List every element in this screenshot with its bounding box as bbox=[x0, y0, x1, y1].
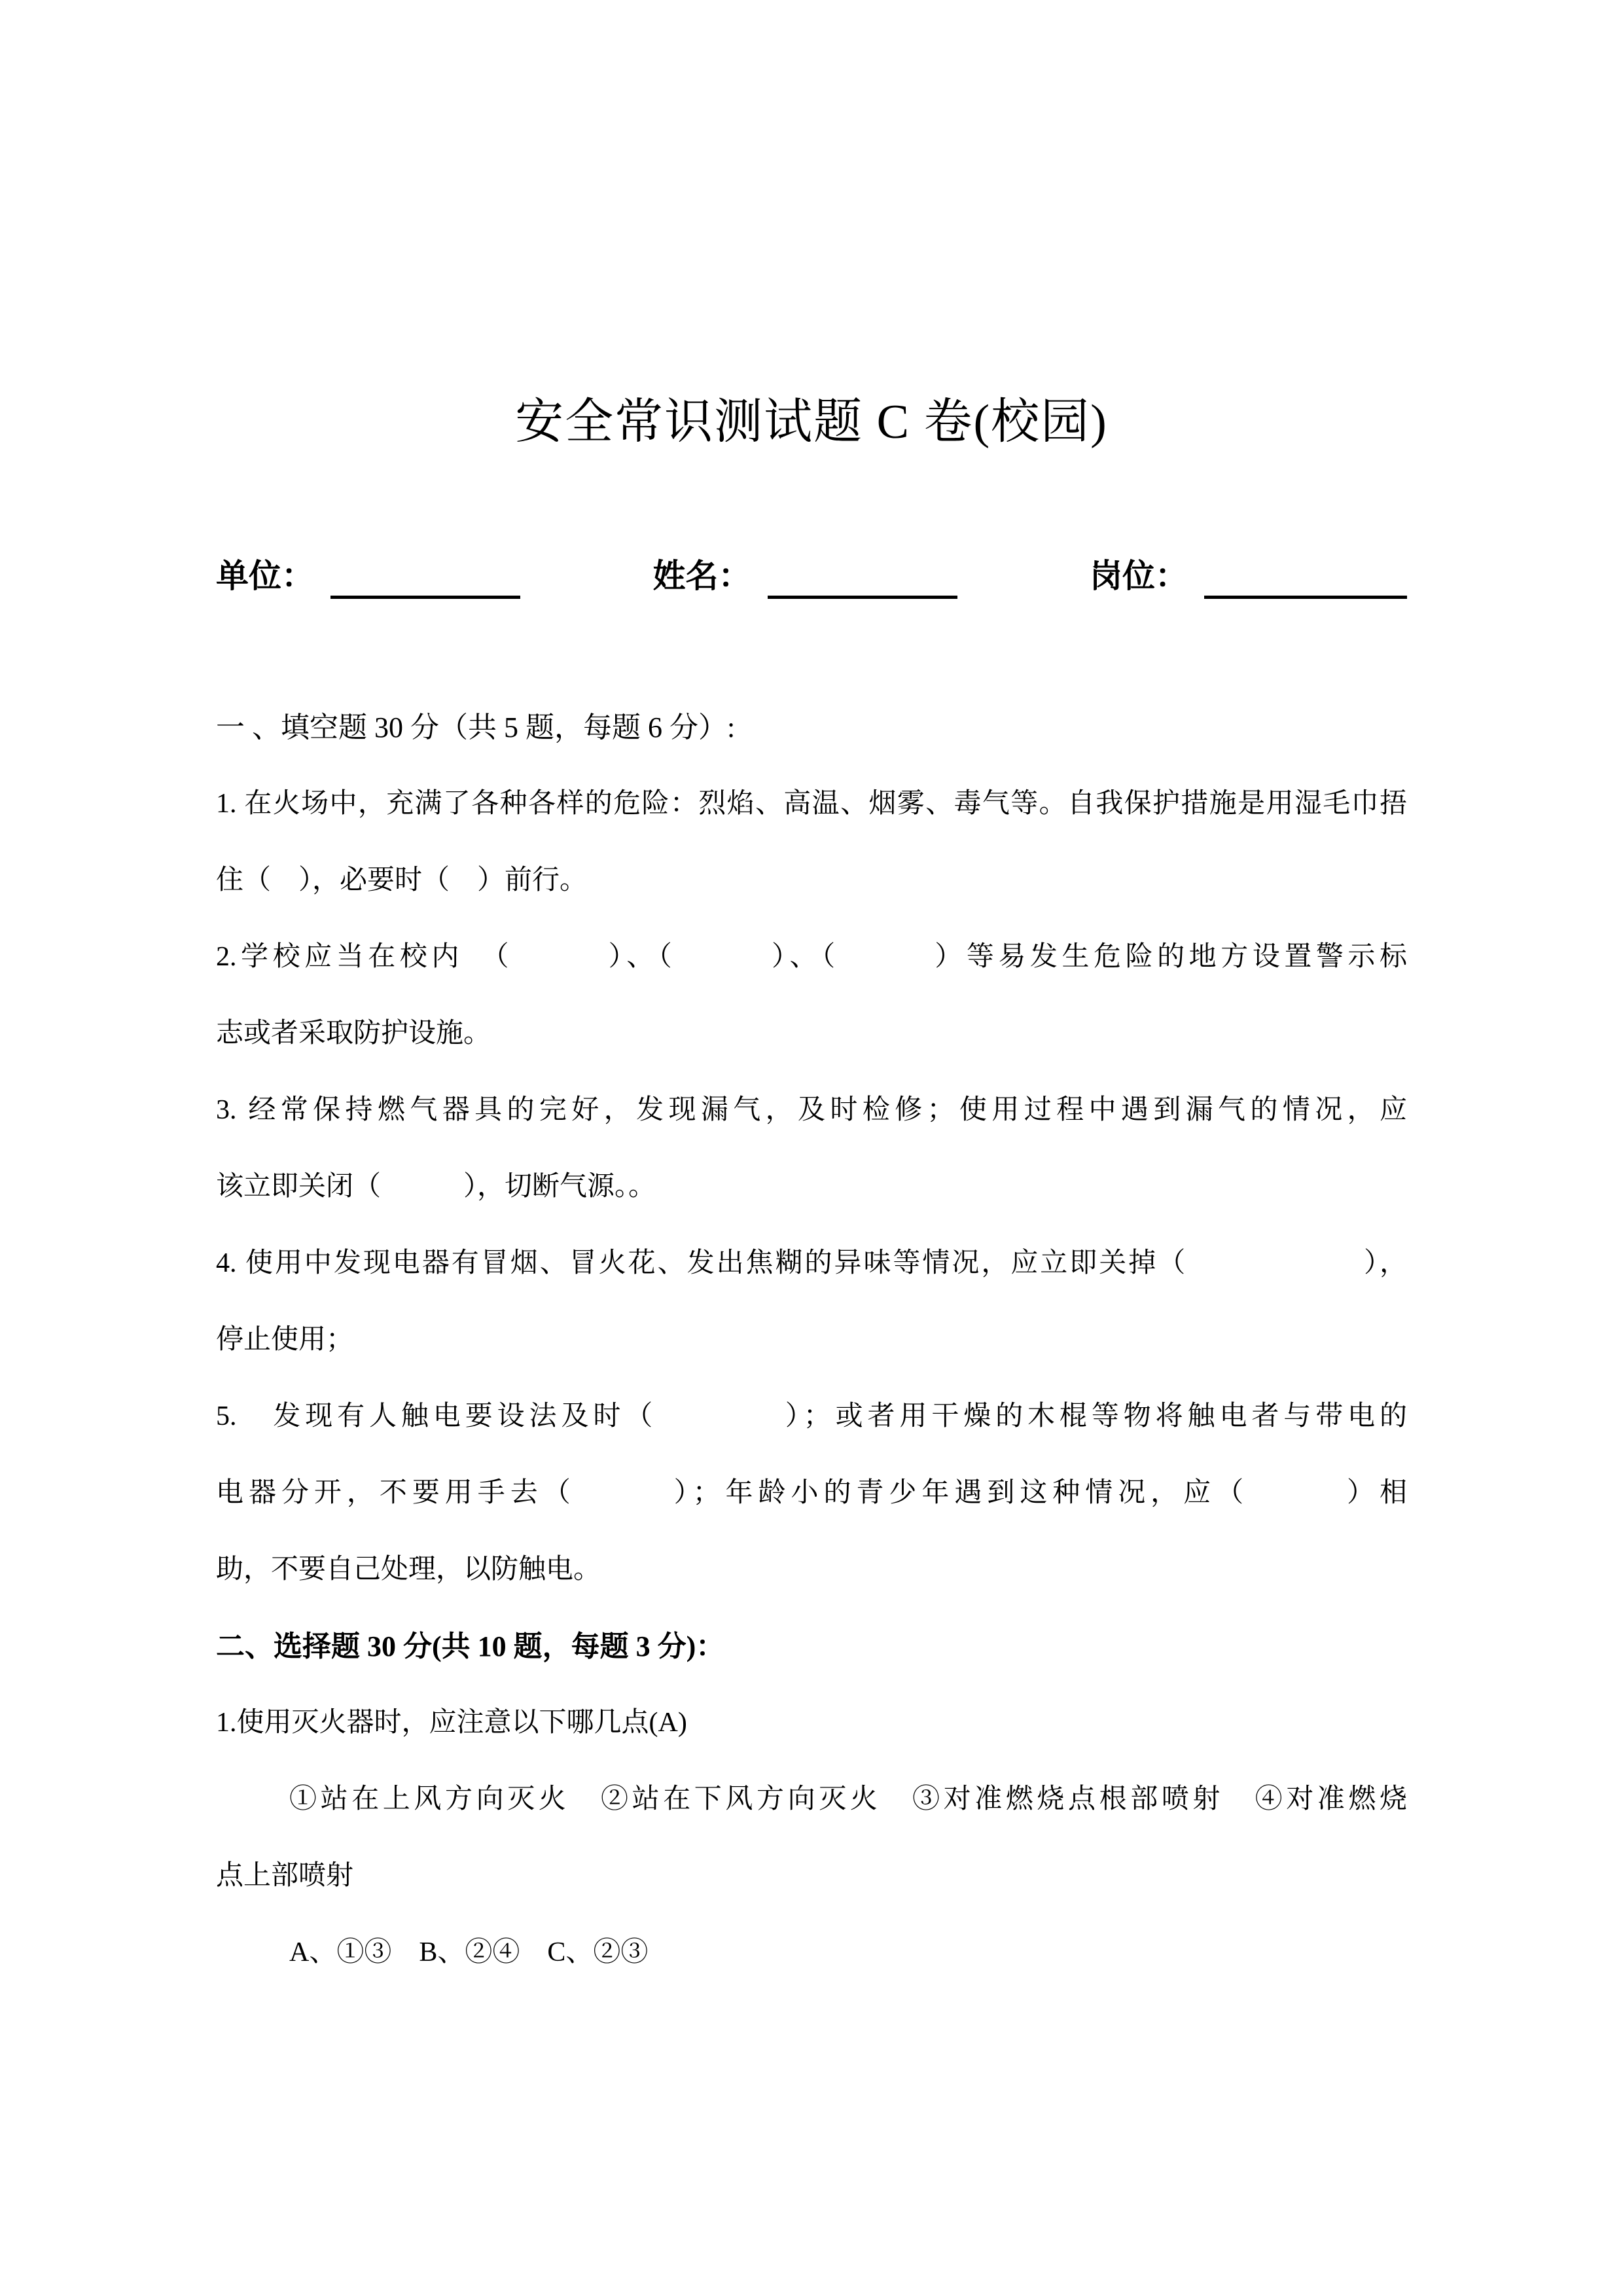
document-page: 安全常识测试题 C 卷(校园) 单位： 姓名： 岗位： 一 、填空题 30 分（… bbox=[0, 0, 1623, 2296]
name-blank-line bbox=[768, 558, 957, 599]
choice-q1-options: ①站在上风方向灭火 ②站在下风方向灭火 ③对准燃烧点根部喷射 ④对准燃烧 bbox=[216, 1761, 1407, 1838]
position-label: 岗位： bbox=[1090, 553, 1188, 599]
fill-q3-line1: 3. 经常保持燃气器具的完好，发现漏气，及时检修；使用过程中遇到漏气的情况，应 bbox=[216, 1072, 1407, 1149]
fill-q3-line2: 该立即关闭（ ），切断气源。。 bbox=[216, 1149, 1407, 1225]
position-field: 岗位： bbox=[1090, 553, 1407, 599]
name-label: 姓名： bbox=[653, 553, 751, 599]
section2-heading: 二、选择题 30 分(共 10 题，每题 3 分)： bbox=[216, 1608, 1407, 1685]
document-body: 一 、填空题 30 分（共 5 题，每题 6 分）: 1. 在火场中，充满了各种… bbox=[216, 689, 1407, 1991]
fill-q5-line1: 5. 发现有人触电要设法及时（ ）；或者用干燥的木棍等物将触电者与带电的 bbox=[216, 1378, 1407, 1455]
fill-q2-line1: 2.学校应当在校内 （ ）、（ ）、（ ）等易发生危险的地方设置警示标 bbox=[216, 919, 1407, 996]
header-fields-row: 单位： 姓名： 岗位： bbox=[216, 553, 1407, 599]
fill-q4-line2: 停止使用； bbox=[216, 1302, 1407, 1378]
section1-heading: 一 、填空题 30 分（共 5 题，每题 6 分）: bbox=[216, 689, 1407, 766]
choice-q1-stem: 1.使用灭火器时，应注意以下哪几点(A) bbox=[216, 1685, 1407, 1761]
fill-q1-line2: 住（ ），必要时（ ）前行。 bbox=[216, 842, 1407, 919]
document-content: 安全常识测试题 C 卷(校园) 单位： 姓名： 岗位： 一 、填空题 30 分（… bbox=[216, 0, 1407, 1991]
document-title: 安全常识测试题 C 卷(校园) bbox=[216, 0, 1407, 458]
fill-q1-line1: 1. 在火场中，充满了各种各样的危险：烈焰、高温、烟雾、毒气等。自我保护措施是用… bbox=[216, 766, 1407, 842]
position-blank-line bbox=[1204, 558, 1407, 599]
fill-q4-line1: 4. 使用中发现电器有冒烟、冒火花、发出焦糊的异味等情况，应立即关掉（ ）， bbox=[216, 1225, 1407, 1302]
choice-q1-options-cont: 点上部喷射 bbox=[216, 1838, 1407, 1914]
unit-blank-line bbox=[330, 558, 520, 599]
name-field: 姓名： bbox=[653, 553, 957, 599]
unit-field: 单位： bbox=[216, 553, 520, 599]
fill-q5-line2: 电器分开，不要用手去（ ）；年龄小的青少年遇到这种情况，应（ ）相 bbox=[216, 1455, 1407, 1532]
fill-q2-line2: 志或者采取防护设施。 bbox=[216, 996, 1407, 1072]
fill-q5-line3: 助，不要自己处理，以防触电。 bbox=[216, 1532, 1407, 1608]
choice-q1-answers: A、①③ B、②④ C、②③ bbox=[216, 1914, 1407, 1991]
unit-label: 单位： bbox=[216, 553, 314, 599]
